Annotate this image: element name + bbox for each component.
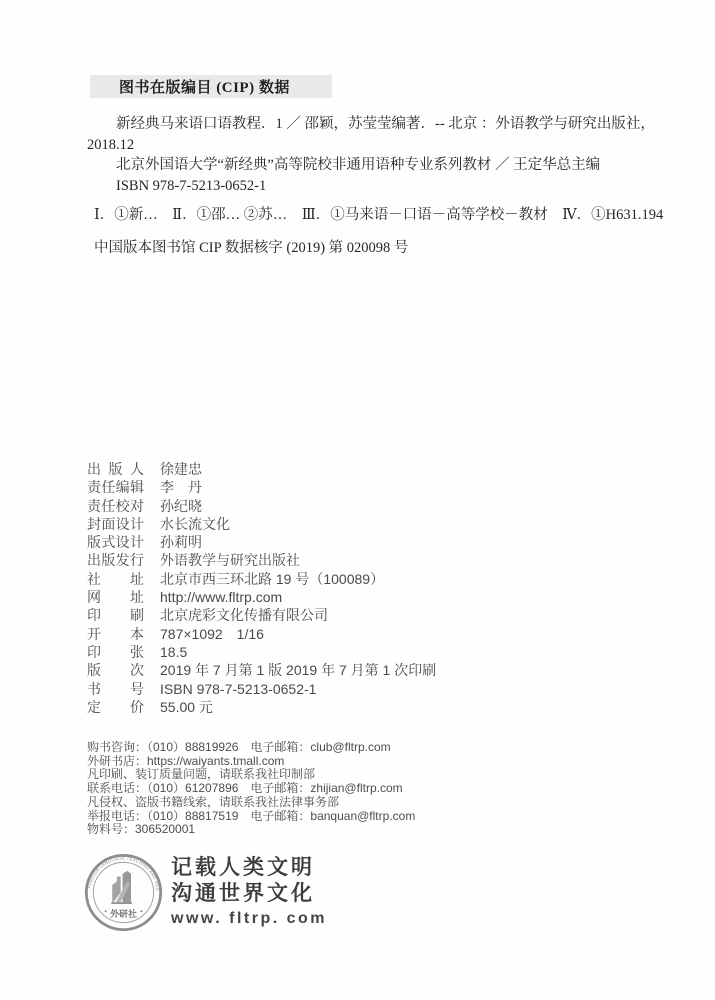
cip-header-title: 图书在版编目 (CIP) 数据 (90, 76, 290, 97)
row-value: 北京市西三环北路 19 号（100089） (160, 570, 384, 588)
row-label: 网址 (87, 588, 144, 606)
cip-classification-line: Ⅰ．①新… Ⅱ．①邵… ②苏… Ⅲ．①马来语－口语－高等学校－教材 Ⅳ．①H63… (94, 203, 674, 224)
slogan-block: 记载人类文明 沟通世界文化 www. fltrp. com (171, 853, 327, 928)
publication-row-cover-design: 封面设计水长流文化 (87, 515, 647, 533)
slogan-line-1: 记载人类文明 (171, 855, 327, 881)
row-value: ISBN 978-7-5213-0652-1 (160, 680, 316, 698)
row-value: 北京虎彩文化传播有限公司 (160, 606, 328, 624)
cip-header-band: 图书在版编目 (CIP) 数据 (90, 75, 332, 98)
cip-registration-number: 中国版本图书馆 CIP 数据核字 (2019) 第 020098 号 (94, 236, 674, 257)
row-label: 书号 (87, 680, 144, 698)
publication-info-list: 出版人徐建忠 责任编辑李 丹 责任校对孙纪晓 封面设计水长流文化 版式设计孙莉明… (87, 460, 647, 716)
row-value: 徐建忠 (160, 460, 202, 478)
notice-purchase-hotline: 购书咨询：（010）88819926 电子邮箱：club@fltrp.com (87, 741, 647, 755)
row-value: 外语教学与研究出版社 (160, 551, 300, 569)
publication-row-address: 社址北京市西三环北路 19 号（100089） (87, 570, 647, 588)
publication-row-printer: 印刷北京虎彩文化传播有限公司 (87, 606, 647, 624)
row-value: http://www.fltrp.com (160, 588, 282, 606)
notice-piracy: 凡侵权、盗版书籍线索，请联系我社法律事务部 (87, 796, 647, 810)
seal-building-glyph (111, 871, 132, 904)
svg-text:外研社: 外研社 (110, 908, 137, 919)
notice-contact-phone: 联系电话：（010）61207896 电子邮箱：zhijian@fltrp.co… (87, 782, 647, 796)
row-label: 版次 (87, 661, 144, 679)
svg-text:FOREIGN LANGUAGE TEACHING AND: FOREIGN LANGUAGE TEACHING AND RESEARCH P… (84, 853, 160, 891)
publication-row-publisher: 出版发行外语教学与研究出版社 (87, 551, 647, 569)
publisher-website-text: www. fltrp. com (171, 910, 327, 928)
row-label: 定价 (87, 698, 144, 716)
row-value: 水长流文化 (160, 515, 230, 533)
row-value: 孙纪晓 (160, 497, 202, 515)
publication-row-publisher-person: 出版人徐建忠 (87, 460, 647, 478)
publication-row-isbn: 书号ISBN 978-7-5213-0652-1 (87, 680, 647, 698)
row-label: 责任校对 (87, 497, 144, 515)
contact-notices: 购书咨询：（010）88819926 电子邮箱：club@fltrp.com 外… (87, 741, 647, 837)
row-value: 787×1092 1/16 (160, 625, 264, 643)
row-value: 孙莉明 (160, 533, 202, 551)
cip-record-line: 新经典马来语口语教程．1 ／ 邵颖，苏莹莹编著．-- 北京 ：外语教学与研究出版… (87, 114, 662, 135)
row-value: 李 丹 (160, 478, 202, 496)
row-label: 社址 (87, 570, 144, 588)
publication-row-editor: 责任编辑李 丹 (87, 478, 647, 496)
row-value: 55.00 元 (160, 698, 213, 716)
row-label: 开本 (87, 625, 144, 643)
row-value: 18.5 (160, 643, 187, 661)
publication-row-price: 定价55.00 元 (87, 698, 647, 716)
notice-material-number: 物料号：306520001 (87, 823, 647, 837)
cip-record-block: 新经典马来语口语教程．1 ／ 邵颖，苏莹莹编著．-- 北京 ：外语教学与研究出版… (87, 114, 662, 196)
slogan-line-2: 沟通世界文化 (171, 881, 327, 907)
row-label: 版式设计 (87, 533, 144, 551)
publisher-footer: FOREIGN LANGUAGE TEACHING AND RESEARCH P… (84, 853, 327, 932)
row-label: 责任编辑 (87, 478, 144, 496)
publication-row-website: 网址http://www.fltrp.com (87, 588, 647, 606)
row-label: 印刷 (87, 606, 144, 624)
fltrp-seal-logo-icon: FOREIGN LANGUAGE TEACHING AND RESEARCH P… (84, 853, 163, 932)
cip-record-line: 2018.12 (87, 135, 662, 156)
publication-row-edition: 版次2019 年 7 月第 1 版 2019 年 7 月第 1 次印刷 (87, 661, 647, 679)
row-label: 出版人 (87, 460, 144, 478)
publication-row-layout-design: 版式设计孙莉明 (87, 533, 647, 551)
row-label: 出版发行 (87, 551, 144, 569)
publication-row-sheets: 印张18.5 (87, 643, 647, 661)
row-label: 印张 (87, 643, 144, 661)
cip-record-line: 北京外国语大学“新经典”高等院校非通用语种专业系列教材 ／ 王定华总主编 (87, 155, 662, 176)
row-label: 封面设计 (87, 515, 144, 533)
cip-record-isbn: ISBN 978-7-5213-0652-1 (87, 176, 662, 197)
row-value: 2019 年 7 月第 1 版 2019 年 7 月第 1 次印刷 (160, 661, 436, 679)
publication-row-format: 开本787×1092 1/16 (87, 625, 647, 643)
copyright-page: 图书在版编目 (CIP) 数据 新经典马来语口语教程．1 ／ 邵颖，苏莹莹编著．… (0, 0, 715, 1000)
publication-row-proofreader: 责任校对孙纪晓 (87, 497, 647, 515)
